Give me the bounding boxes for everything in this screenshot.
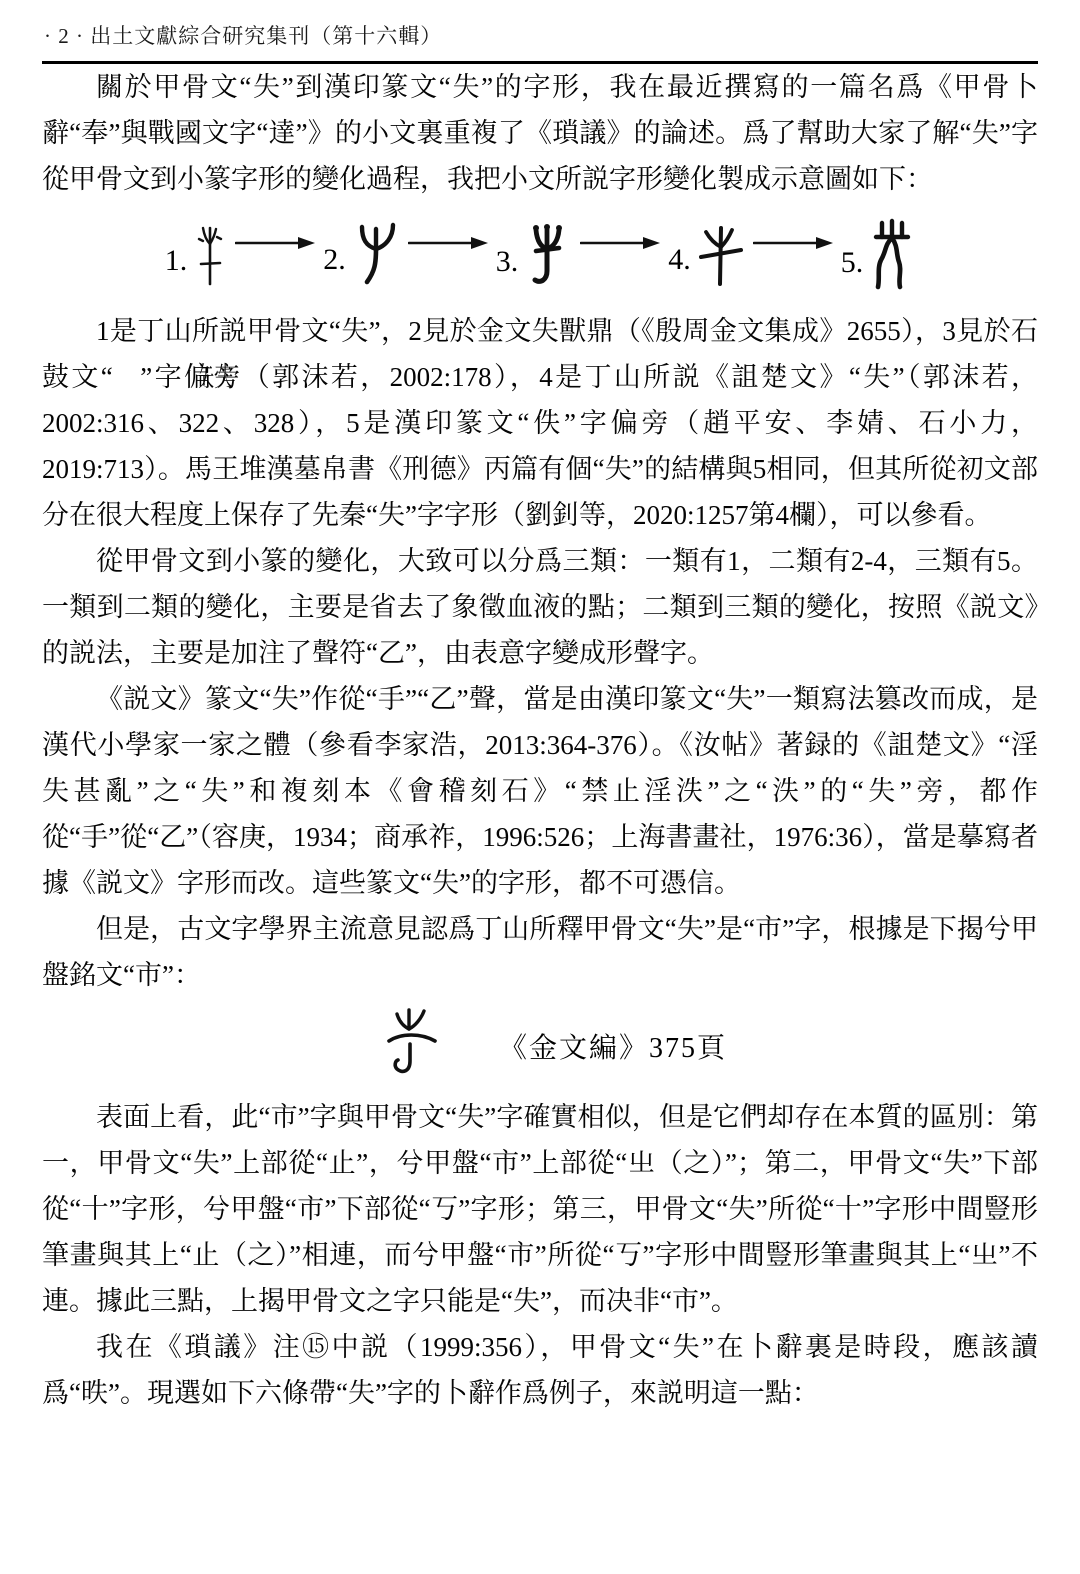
right-arrow-icon [235,235,315,251]
right-arrow-icon [408,235,488,251]
diagram-item-3: 3. [496,217,573,291]
diagram-item-2: 2. [323,219,400,289]
paragraph-mainstream-view: 但是，古文字學界主流意見認爲丁山所釋甲骨文“失”是“市”字，根據是下揭兮甲盤銘文… [42,906,1038,998]
right-arrow-icon [753,235,833,251]
diagram-number-2: 2. [323,245,346,275]
paragraph-glyph-sources: 1是丁山所説甲骨文“失”，2見於金文失獸鼎（《殷周金文集成》2655），3見於石… [42,308,1038,538]
diagram-item-1: 1. [165,218,228,290]
diagram-number-1: 1. [165,246,188,276]
diagram-number-3: 3. [496,247,519,277]
paragraph-shuowen: 《説文》篆文“失”作從“手”“乙”聲，當是由漢印篆文“失”一類寫法篡改而成，是漢… [42,676,1038,906]
stone-drum-component-glyph [524,217,572,291]
paragraph-three-classes: 從甲骨文到小篆的變化，大致可以分爲三類：一類有1，二類有2-4，三類有5。一類到… [42,538,1038,676]
running-header: · 2 · 出土文獻綜合研究集刊（第十六輯） [42,20,1038,50]
paragraph-conclusion: 我在《瑣議》注⑮中説（1999:356），甲骨文“失”在卜辭裏是時段，應該讀爲“… [42,1324,1038,1416]
diagram-number-5: 5. [841,248,864,278]
right-arrow-icon [580,235,660,251]
paragraph-intro: 關於甲骨文“失”到漢印篆文“失”的字形，我在最近撰寫的一篇名爲《甲骨卜辭“奉”與… [42,64,1038,202]
oracle-bone-shi-glyph [193,218,227,290]
xijiapan-shi-bronze-glyph [381,1004,443,1088]
script-evolution-diagram: 1. 2. [42,204,1038,304]
han-seal-component-glyph [869,216,915,292]
journal-page: · 2 · 出土文獻綜合研究集刊（第十六輯） 關於甲骨文“失”到漢印篆文“失”的… [0,0,1080,1416]
bronze-inscription-figure: 《金文編》375頁 [56,1000,1052,1092]
composite-character-arrow-lose: 矢失 [113,354,141,400]
figure-caption: 《金文編》375頁 [499,1026,727,1066]
bronze-shishou-ding-glyph [352,219,400,289]
diagram-item-5: 5. [841,216,916,292]
diagram-number-4: 4. [668,245,691,275]
zuchuwen-shi-glyph [697,219,745,289]
paragraph-comparison: 表面上看，此“市”字與甲骨文“失”字確實相似，但是它們却存在本質的區別：第一，甲… [42,1094,1038,1324]
diagram-item-4: 4. [668,219,745,289]
